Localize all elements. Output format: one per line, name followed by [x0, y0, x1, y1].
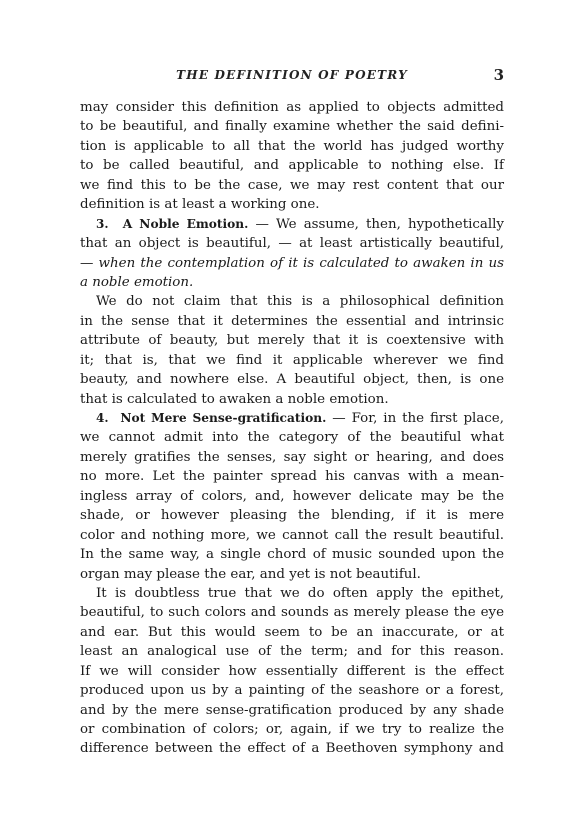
text-line: difference between the effect of a Beeth… [80, 739, 504, 758]
text-line: in the sense that it determines the esse… [80, 312, 504, 331]
italic-definition-line: a noble emotion. [80, 273, 504, 292]
section-4-paragraph: 4. Not Mere Sense-gratification. — For, … [80, 409, 504, 584]
text-line: to be beautiful, and finally examine whe… [80, 117, 504, 136]
text-line: definition is at least a working one. [80, 195, 504, 214]
paragraph-continuation: may consider this definition as applied … [80, 98, 504, 215]
text-line: we find this to be the case, we may rest… [80, 176, 504, 195]
section-title: A Noble Emotion. [123, 217, 249, 231]
section-heading-line: 3. A Noble Emotion. — We assume, then, h… [80, 215, 504, 234]
text-line: produced upon us by a painting of the se… [80, 681, 504, 700]
section-title: Not Mere Sense-gratification. [120, 411, 326, 425]
section-first-line-text: — We assume, then, hypothetically [248, 217, 504, 232]
text-line: attribute of beauty, but merely that it … [80, 331, 504, 350]
section-heading-line: 4. Not Mere Sense-gratification. — For, … [80, 409, 504, 428]
text-line: we cannot admit into the category of the… [80, 428, 504, 447]
running-title: THE DEFINITION OF POETRY [80, 68, 504, 82]
text-line: merely gratifies the senses, say sight o… [80, 448, 504, 467]
text-line: that an object is beautiful, — at least … [80, 234, 504, 253]
text-line: may consider this definition as applied … [80, 98, 504, 117]
text-line: tion is applicable to all that the world… [80, 137, 504, 156]
text-line: color and nothing more, we cannot call t… [80, 526, 504, 545]
text-line: to be called beautiful, and applicable t… [80, 156, 504, 175]
paragraph: We do not claim that this is a philosoph… [80, 292, 504, 409]
section-first-line-text: — For, in the first place, [326, 411, 504, 426]
body-text: may consider this definition as applied … [80, 98, 504, 759]
text-line: and by the mere sense-gratification prod… [80, 701, 504, 720]
text-line: or combination of colors; or, again, if … [80, 720, 504, 739]
text-line: organ may please the ear, and yet is not… [80, 565, 504, 584]
section-number: 3. [96, 217, 109, 231]
text-line: It is doubtless true that we do often ap… [80, 584, 504, 603]
text-line: no more. Let the painter spread his canv… [80, 467, 504, 486]
section-3-paragraph: 3. A Noble Emotion. — We assume, then, h… [80, 215, 504, 293]
text-line: We do not claim that this is a philosoph… [80, 292, 504, 311]
book-page: THE DEFINITION OF POETRY 3 may consider … [0, 0, 581, 833]
page-number: 3 [494, 66, 504, 84]
text-line: beauty, and nowhere else. A beautiful ob… [80, 370, 504, 389]
running-head: THE DEFINITION OF POETRY 3 [80, 66, 504, 86]
text-line: If we will consider how essentially diff… [80, 662, 504, 681]
text-line: it; that is, that we find it applicable … [80, 351, 504, 370]
text-line: least an analogical use of the term; and… [80, 642, 504, 661]
text-line: ingless array of colors, and, however de… [80, 487, 504, 506]
italic-definition-line: — when the contemplation of it is calcul… [80, 254, 504, 273]
text-line: In the same way, a single chord of music… [80, 545, 504, 564]
text-line: and ear. But this would seem to be an in… [80, 623, 504, 642]
text-line: that is calculated to awaken a noble emo… [80, 390, 504, 409]
text-line: beautiful, to such colors and sounds as … [80, 603, 504, 622]
section-number: 4. [96, 411, 109, 425]
paragraph: It is doubtless true that we do often ap… [80, 584, 504, 759]
text-line: shade, or however pleasing the blending,… [80, 506, 504, 525]
